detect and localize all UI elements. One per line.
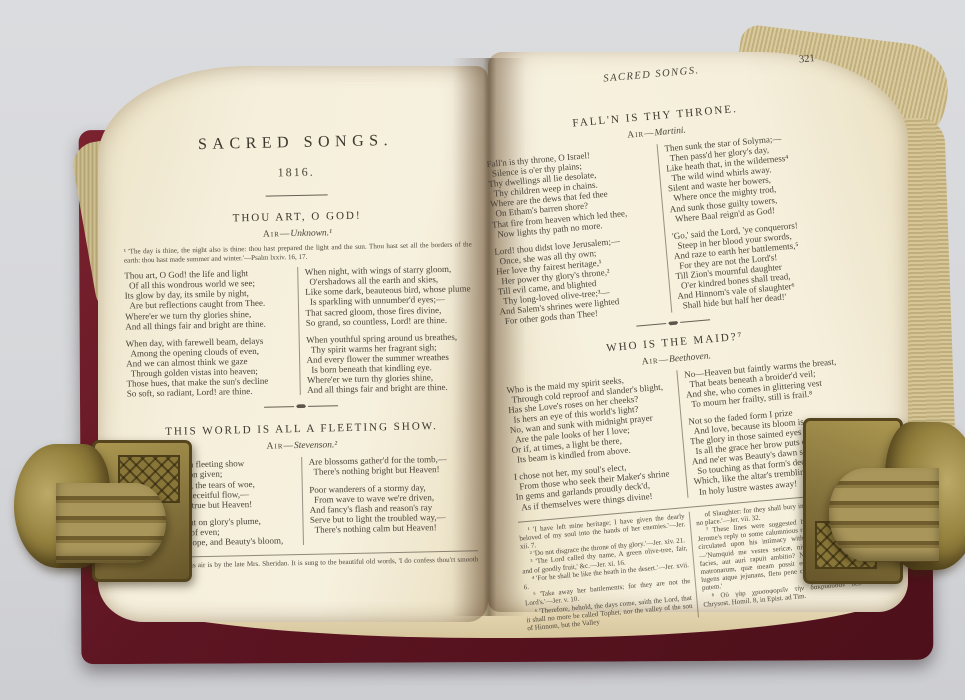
stanza: Thou art, O God! the life and light Of a… <box>124 267 293 331</box>
poem-column-left: Who is the maid my spirit seeks, Through… <box>506 370 687 512</box>
photo-of-open-book: SACRED SONGS. 1816. THOU ART, O GOD! Air… <box>0 0 965 700</box>
air-name: Stevenson.² <box>294 441 337 452</box>
ornament-divider <box>127 401 475 412</box>
air-label: Air— <box>641 354 669 366</box>
stanza: Fall'n is thy throne, O Israel! Silence … <box>486 145 658 240</box>
brass-hand-right <box>803 414 965 584</box>
stanza: When youthful spring around us breathes,… <box>306 331 475 395</box>
air-name: Beethoven. <box>669 351 712 365</box>
air-line: Air—Unknown.¹ <box>123 225 471 242</box>
stanza: Poor wanderers of a stormy day, From wav… <box>309 481 478 535</box>
stanza: Who is the maid my spirit seeks, Through… <box>506 370 678 465</box>
stanza: When day, with farewell beam, delays Amo… <box>126 335 295 399</box>
stanza: Are blossoms gather'd for the tomb,— The… <box>309 454 477 478</box>
poem-columns: Fall'n is thy throne, O Israel! Silence … <box>486 129 843 327</box>
stanza: Then sunk the star of Solyma;— Then pass… <box>664 129 836 224</box>
poem-title-thou-art-o-god: THOU ART, O GOD! <box>123 207 471 226</box>
poem-columns: Thou art, O God! the life and light Of a… <box>124 264 475 399</box>
poem-epigraph-note: ¹ 'The day is thine, the night also is t… <box>124 240 472 264</box>
brass-hand-fingers <box>829 468 939 562</box>
footnotes-column-left: ¹ 'I have left mine heritage; I have giv… <box>518 511 697 632</box>
series-year: 1816. <box>122 161 470 183</box>
stanza: I chose not her, my soul's elect, From t… <box>514 458 682 513</box>
poem-column-right: When night, with wings of starry gloom, … <box>297 264 475 396</box>
brass-hand-fingers <box>56 483 166 563</box>
air-label: Air— <box>267 441 295 452</box>
stanza: When night, with wings of starry gloom, … <box>305 264 474 328</box>
poem-column-left: Fall'n is thy throne, O Israel! Silence … <box>486 144 671 327</box>
air-label: Air— <box>263 229 291 240</box>
poem-column-left: Thou art, O God! the life and light Of a… <box>124 267 299 399</box>
air-name: Martini. <box>654 126 686 139</box>
page-number: 321 <box>799 53 816 65</box>
stanza: Lord! thou didst love Jerusalem;— Once, … <box>494 232 666 327</box>
poem-column-right: Are blossoms gather'd for the tomb,— The… <box>301 454 478 545</box>
poem-column-right: Then sunk the star of Solyma;— Then pass… <box>656 129 844 312</box>
title-rule <box>266 194 328 196</box>
air-label: Air— <box>627 128 655 140</box>
stanza: 'Go,' said the Lord, 'ye conquerors! Ste… <box>672 217 844 312</box>
air-name: Unknown.¹ <box>290 228 332 239</box>
brass-hand-left <box>14 436 192 582</box>
stanza: No—Heaven but faintly warms the breast, … <box>684 355 852 410</box>
